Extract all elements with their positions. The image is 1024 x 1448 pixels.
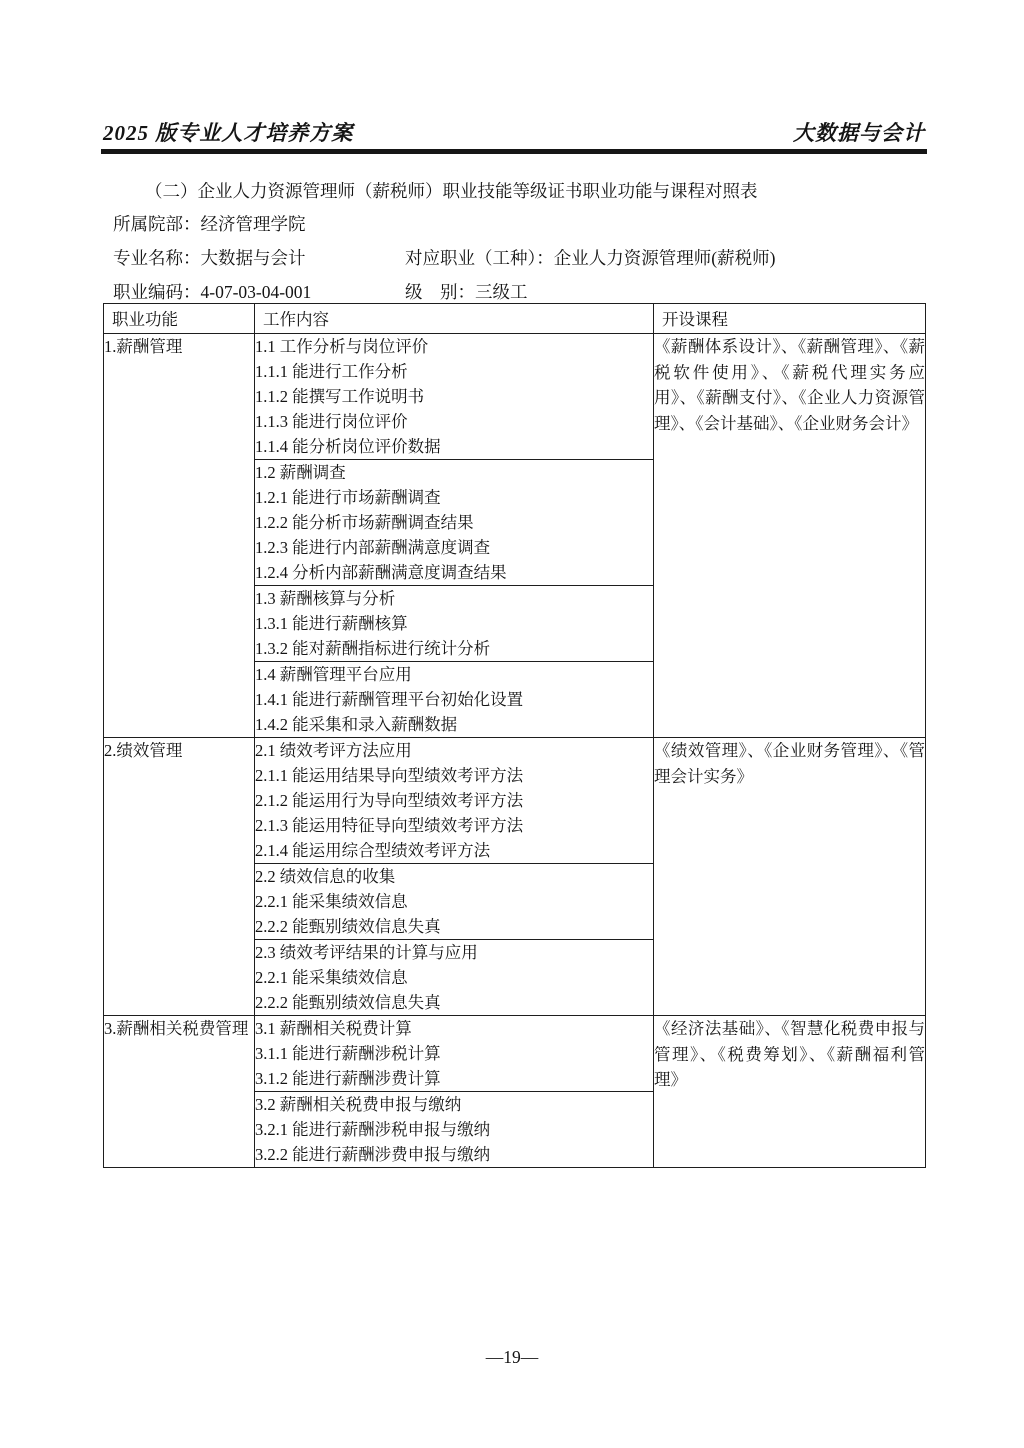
work-item: 2.1 绩效考评方法应用: [255, 738, 653, 763]
course-mapping-table: 职业功能 工作内容 开设课程 1.薪酬管理 1.1 工作分析与岗位评价 1.1.…: [103, 303, 926, 1168]
work-block-1-3: 1.3 薪酬核算与分析 1.3.1 能进行薪酬核算 1.3.2 能对薪酬指标进行…: [255, 586, 654, 662]
department-field: 所属院部：经济管理学院: [113, 211, 405, 236]
work-item: 1.4.2 能采集和录入薪酬数据: [255, 712, 653, 737]
header-left-title: 2025 版专业人才培养方案: [103, 117, 353, 147]
work-block-3-1: 3.1 薪酬相关税费计算 3.1.1 能进行薪酬涉税计算 3.1.2 能进行薪酬…: [255, 1016, 654, 1092]
work-item: 3.2.2 能进行薪酬涉费申报与缴纳: [255, 1142, 653, 1167]
work-item: 1.2.2 能分析市场薪酬调查结果: [255, 510, 653, 535]
work-item: 1.4.1 能进行薪酬管理平台初始化设置: [255, 687, 653, 712]
running-header: 2025 版专业人才培养方案 大数据与会计: [103, 117, 925, 147]
work-item: 1.2.1 能进行市场薪酬调查: [255, 485, 653, 510]
work-item: 2.1.4 能运用综合型绩效考评方法: [255, 838, 653, 863]
work-item: 1.2.4 分析内部薪酬满意度调查结果: [255, 560, 653, 585]
work-item: 3.2.1 能进行薪酬涉税申报与缴纳: [255, 1117, 653, 1142]
work-item: 1.3.2 能对薪酬指标进行统计分析: [255, 636, 653, 661]
occupation-value: 企业人力资源管理师(薪税师): [554, 248, 776, 268]
work-item: 1.1.2 能撰写工作说明书: [255, 384, 653, 409]
work-item: 1.4 薪酬管理平台应用: [255, 662, 653, 687]
major-label: 专业名称：: [113, 248, 201, 268]
work-item: 2.3 绩效考评结果的计算与应用: [255, 940, 653, 965]
function-cell-3: 3.薪酬相关税费管理: [104, 1016, 255, 1168]
work-item: 3.2 薪酬相关税费申报与缴纳: [255, 1092, 653, 1117]
occupation-code-label: 职业编码：: [113, 282, 201, 302]
table-header-row: 职业功能 工作内容 开设课程: [104, 304, 926, 334]
section-title: （二）企业人力资源管理师（薪税师）职业技能等级证书职业功能与课程对照表: [145, 178, 758, 203]
work-block-2-3: 2.3 绩效考评结果的计算与应用 2.2.1 能采集绩效信息 2.2.2 能甄别…: [255, 940, 654, 1016]
work-item: 2.1.3 能运用特征导向型绩效考评方法: [255, 813, 653, 838]
column-header-courses: 开设课程: [654, 304, 926, 334]
header-right-title: 大数据与会计: [793, 117, 925, 147]
function-cell-1: 1.薪酬管理: [104, 334, 255, 738]
table-row: 1.薪酬管理 1.1 工作分析与岗位评价 1.1.1 能进行工作分析 1.1.2…: [104, 334, 926, 460]
code-field: 职业编码：4-07-03-04-001: [113, 279, 405, 304]
work-item: 1.2 薪酬调查: [255, 460, 653, 485]
column-header-function: 职业功能: [104, 304, 255, 334]
department-value: 经济管理学院: [201, 214, 306, 234]
info-line-major: 专业名称：大数据与会计 对应职业（工种）：企业人力资源管理师(薪税师): [113, 245, 925, 270]
work-item: 2.2.1 能采集绩效信息: [255, 965, 653, 990]
major-value: 大数据与会计: [201, 248, 306, 268]
header-double-rule: [101, 149, 927, 154]
work-item: 1.3.1 能进行薪酬核算: [255, 611, 653, 636]
column-header-work-content: 工作内容: [255, 304, 654, 334]
work-item: 1.1.3 能进行岗位评价: [255, 409, 653, 434]
work-item: 1.3 薪酬核算与分析: [255, 586, 653, 611]
work-item: 1.1.1 能进行工作分析: [255, 359, 653, 384]
level-value: 三级工: [475, 282, 528, 302]
work-item: 1.1.4 能分析岗位评价数据: [255, 434, 653, 459]
courses-cell-2: 《绩效管理》、《企业财务管理》、《管理会计实务》: [654, 738, 926, 1016]
work-item: 2.1.1 能运用结果导向型绩效考评方法: [255, 763, 653, 788]
courses-cell-1: 《薪酬体系设计》、《薪酬管理》、《薪税软件使用》、《薪税代理实务应用》、《薪酬支…: [654, 334, 926, 738]
work-item: 3.1.1 能进行薪酬涉税计算: [255, 1041, 653, 1066]
info-line-department: 所属院部：经济管理学院: [113, 211, 925, 236]
work-block-2-2: 2.2 绩效信息的收集 2.2.1 能采集绩效信息 2.2.2 能甄别绩效信息失…: [255, 864, 654, 940]
level-label: 级 别：: [405, 282, 475, 302]
table-row: 3.薪酬相关税费管理 3.1 薪酬相关税费计算 3.1.1 能进行薪酬涉税计算 …: [104, 1016, 926, 1092]
work-item: 2.2.2 能甄别绩效信息失真: [255, 990, 653, 1015]
occupation-field: 对应职业（工种）：企业人力资源管理师(薪税师): [405, 245, 775, 270]
work-item: 2.2 绩效信息的收集: [255, 864, 653, 889]
work-item: 3.1 薪酬相关税费计算: [255, 1016, 653, 1041]
page-number: —19—: [0, 1347, 1024, 1368]
work-block-2-1: 2.1 绩效考评方法应用 2.1.1 能运用结果导向型绩效考评方法 2.1.2 …: [255, 738, 654, 864]
courses-cell-3: 《经济法基础》、《智慧化税费申报与管理》、《税费筹划》、《薪酬福利管理》: [654, 1016, 926, 1168]
info-line-code: 职业编码：4-07-03-04-001 级 别：三级工: [113, 279, 925, 304]
work-block-1-4: 1.4 薪酬管理平台应用 1.4.1 能进行薪酬管理平台初始化设置 1.4.2 …: [255, 662, 654, 738]
document-page: 2025 版专业人才培养方案 大数据与会计 （二）企业人力资源管理师（薪税师）职…: [0, 0, 1024, 1448]
level-field: 级 别：三级工: [405, 279, 528, 304]
department-label: 所属院部：: [113, 214, 201, 234]
work-item: 3.1.2 能进行薪酬涉费计算: [255, 1066, 653, 1091]
occupation-code-value: 4-07-03-04-001: [201, 282, 312, 302]
work-item: 1.1 工作分析与岗位评价: [255, 334, 653, 359]
table-row: 2.绩效管理 2.1 绩效考评方法应用 2.1.1 能运用结果导向型绩效考评方法…: [104, 738, 926, 864]
course-mapping-table-wrap: 职业功能 工作内容 开设课程 1.薪酬管理 1.1 工作分析与岗位评价 1.1.…: [103, 303, 926, 1168]
work-item: 2.2.1 能采集绩效信息: [255, 889, 653, 914]
major-field: 专业名称：大数据与会计: [113, 245, 405, 270]
work-item: 2.1.2 能运用行为导向型绩效考评方法: [255, 788, 653, 813]
work-block-1-2: 1.2 薪酬调查 1.2.1 能进行市场薪酬调查 1.2.2 能分析市场薪酬调查…: [255, 460, 654, 586]
function-cell-2: 2.绩效管理: [104, 738, 255, 1016]
work-block-3-2: 3.2 薪酬相关税费申报与缴纳 3.2.1 能进行薪酬涉税申报与缴纳 3.2.2…: [255, 1092, 654, 1168]
work-item: 2.2.2 能甄别绩效信息失真: [255, 914, 653, 939]
work-item: 1.2.3 能进行内部薪酬满意度调查: [255, 535, 653, 560]
occupation-label: 对应职业（工种）：: [405, 248, 554, 268]
work-block-1-1: 1.1 工作分析与岗位评价 1.1.1 能进行工作分析 1.1.2 能撰写工作说…: [255, 334, 654, 460]
